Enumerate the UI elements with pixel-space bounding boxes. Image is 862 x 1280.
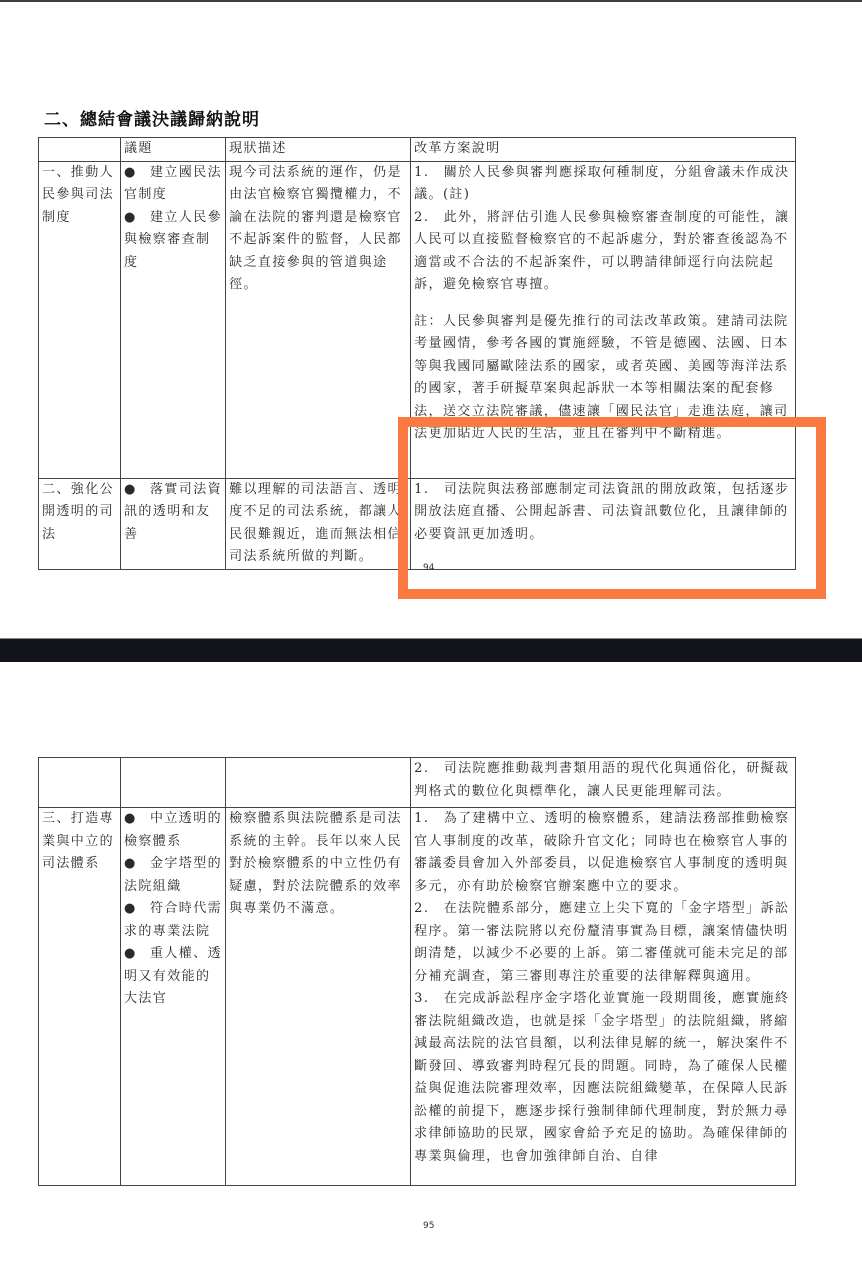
resolution-table-page-95: 2. 司法院應推動裁判書類用語的現代化與通俗化，研擬裁判格式的數位化與標準化，讓… <box>38 757 796 1186</box>
reform-cell: 2. 司法院應推動裁判書類用語的現代化與通俗化，研擬裁判格式的數位化與標準化，讓… <box>411 758 796 808</box>
bullet-icon: ● <box>124 943 150 966</box>
issues-cell: ●落實司法資訊的透明和友善 <box>121 478 226 569</box>
issue-item: ●重人權、透明又有效能的大法官 <box>124 943 222 1011</box>
issue-item: ●金字塔型的法院組織 <box>124 853 222 898</box>
topic-cell: 三、打造專業與中立的司法體系 <box>39 808 121 1186</box>
issue-item: ●符合時代需求的專業法院 <box>124 898 222 943</box>
issues-cell <box>121 758 226 808</box>
status-cell: 現今司法系統的運作，仍是由法官檢察官獨攬權力，不論在法院的審判還是檢察官不起訴案… <box>226 161 411 478</box>
reform-item: 3. 在完成訴訟程序金字塔化並實施一段期間後，應實施終審法院組織改造，也就是採「… <box>414 988 792 1168</box>
reform-note: 註：人民參與審判是優先推行的司法改革政策。建請司法院考量國情，參考各國的實施經驗… <box>414 311 792 446</box>
status-cell <box>226 758 411 808</box>
header-blank <box>39 138 121 162</box>
reform-item: 1. 司法院與法務部應制定司法資訊的開放政策，包括逐步開放法庭直播、公開起訴書、… <box>414 479 792 547</box>
status-cell: 檢察體系與法院體系是司法系統的主幹。長年以來人民對於檢察體系的中立性仍有疑慮，對… <box>226 808 411 1186</box>
reform-cell: 1. 為了建構中立、透明的檢察體系，建請法務部推動檢察官人事制度的改革，破除升官… <box>411 808 796 1186</box>
reform-item: 2. 司法院應推動裁判書類用語的現代化與通俗化，研擬裁判格式的數位化與標準化，讓… <box>414 758 792 803</box>
section-title: 二、總結會議決議歸納說明 <box>44 105 260 130</box>
bullet-icon: ● <box>124 808 150 831</box>
reform-cell: 1. 關於人民參與審判應採取何種制度，分組會議未作成決議。(註) 2. 此外，將… <box>411 161 796 478</box>
topic-cell: 二、強化公開透明的司法 <box>39 478 121 569</box>
issue-item: ●落實司法資訊的透明和友善 <box>124 479 222 547</box>
bullet-icon: ● <box>124 479 150 502</box>
table-row: 2. 司法院應推動裁判書類用語的現代化與通俗化，研擬裁判格式的數位化與標準化，讓… <box>39 758 796 808</box>
page-number: 94 <box>423 563 434 573</box>
reform-item: 2. 此外，將評估引進人民參與檢察審查制度的可能性，讓人民可以直接監督檢察官的不… <box>414 207 792 297</box>
header-reform: 改革方案說明 <box>411 138 796 162</box>
reform-item: 1. 關於人民參與審判應採取何種制度，分組會議未作成決議。(註) <box>414 162 792 207</box>
bullet-icon: ● <box>124 162 150 185</box>
page-separator <box>0 638 862 663</box>
issue-item: ●中立透明的檢察體系 <box>124 808 222 853</box>
issue-item: ●建立人民參與檢察審查制度 <box>124 207 222 275</box>
topic-cell <box>39 758 121 808</box>
reform-cell: 1. 司法院與法務部應制定司法資訊的開放政策，包括逐步開放法庭直播、公開起訴書、… <box>411 478 796 569</box>
resolution-table-page-94: 議題 現狀描述 改革方案說明 一、推動人民參與司法制度 ●建立國民法官制度 ●建… <box>38 137 796 570</box>
issues-cell: ●建立國民法官制度 ●建立人民參與檢察審查制度 <box>121 161 226 478</box>
page-number: 95 <box>423 1221 434 1231</box>
topic-cell: 一、推動人民參與司法制度 <box>39 161 121 478</box>
issues-cell: ●中立透明的檢察體系 ●金字塔型的法院組織 ●符合時代需求的專業法院 ●重人權、… <box>121 808 226 1186</box>
bullet-icon: ● <box>124 207 150 230</box>
table-row: 二、強化公開透明的司法 ●落實司法資訊的透明和友善 難以理解的司法語言、透明度不… <box>39 478 796 569</box>
issue-item: ●建立國民法官制度 <box>124 162 222 207</box>
status-cell: 難以理解的司法語言、透明度不足的司法系統，都讓人民很難親近，進而無法相信司法系統… <box>226 478 411 569</box>
table-row: 三、打造專業與中立的司法體系 ●中立透明的檢察體系 ●金字塔型的法院組織 ●符合… <box>39 808 796 1186</box>
bullet-icon: ● <box>124 853 150 876</box>
reform-item: 1. 為了建構中立、透明的檢察體系，建請法務部推動檢察官人事制度的改革，破除升官… <box>414 808 792 898</box>
table-header-row: 議題 現狀描述 改革方案說明 <box>39 138 796 162</box>
bullet-icon: ● <box>124 898 150 921</box>
header-status: 現狀描述 <box>226 138 411 162</box>
table-row: 一、推動人民參與司法制度 ●建立國民法官制度 ●建立人民參與檢察審查制度 現今司… <box>39 161 796 478</box>
header-issue: 議題 <box>121 138 226 162</box>
reform-item: 2. 在法院體系部分，應建立上尖下寬的「金字塔型」訴訟程序。第一審法院將以充份釐… <box>414 898 792 988</box>
